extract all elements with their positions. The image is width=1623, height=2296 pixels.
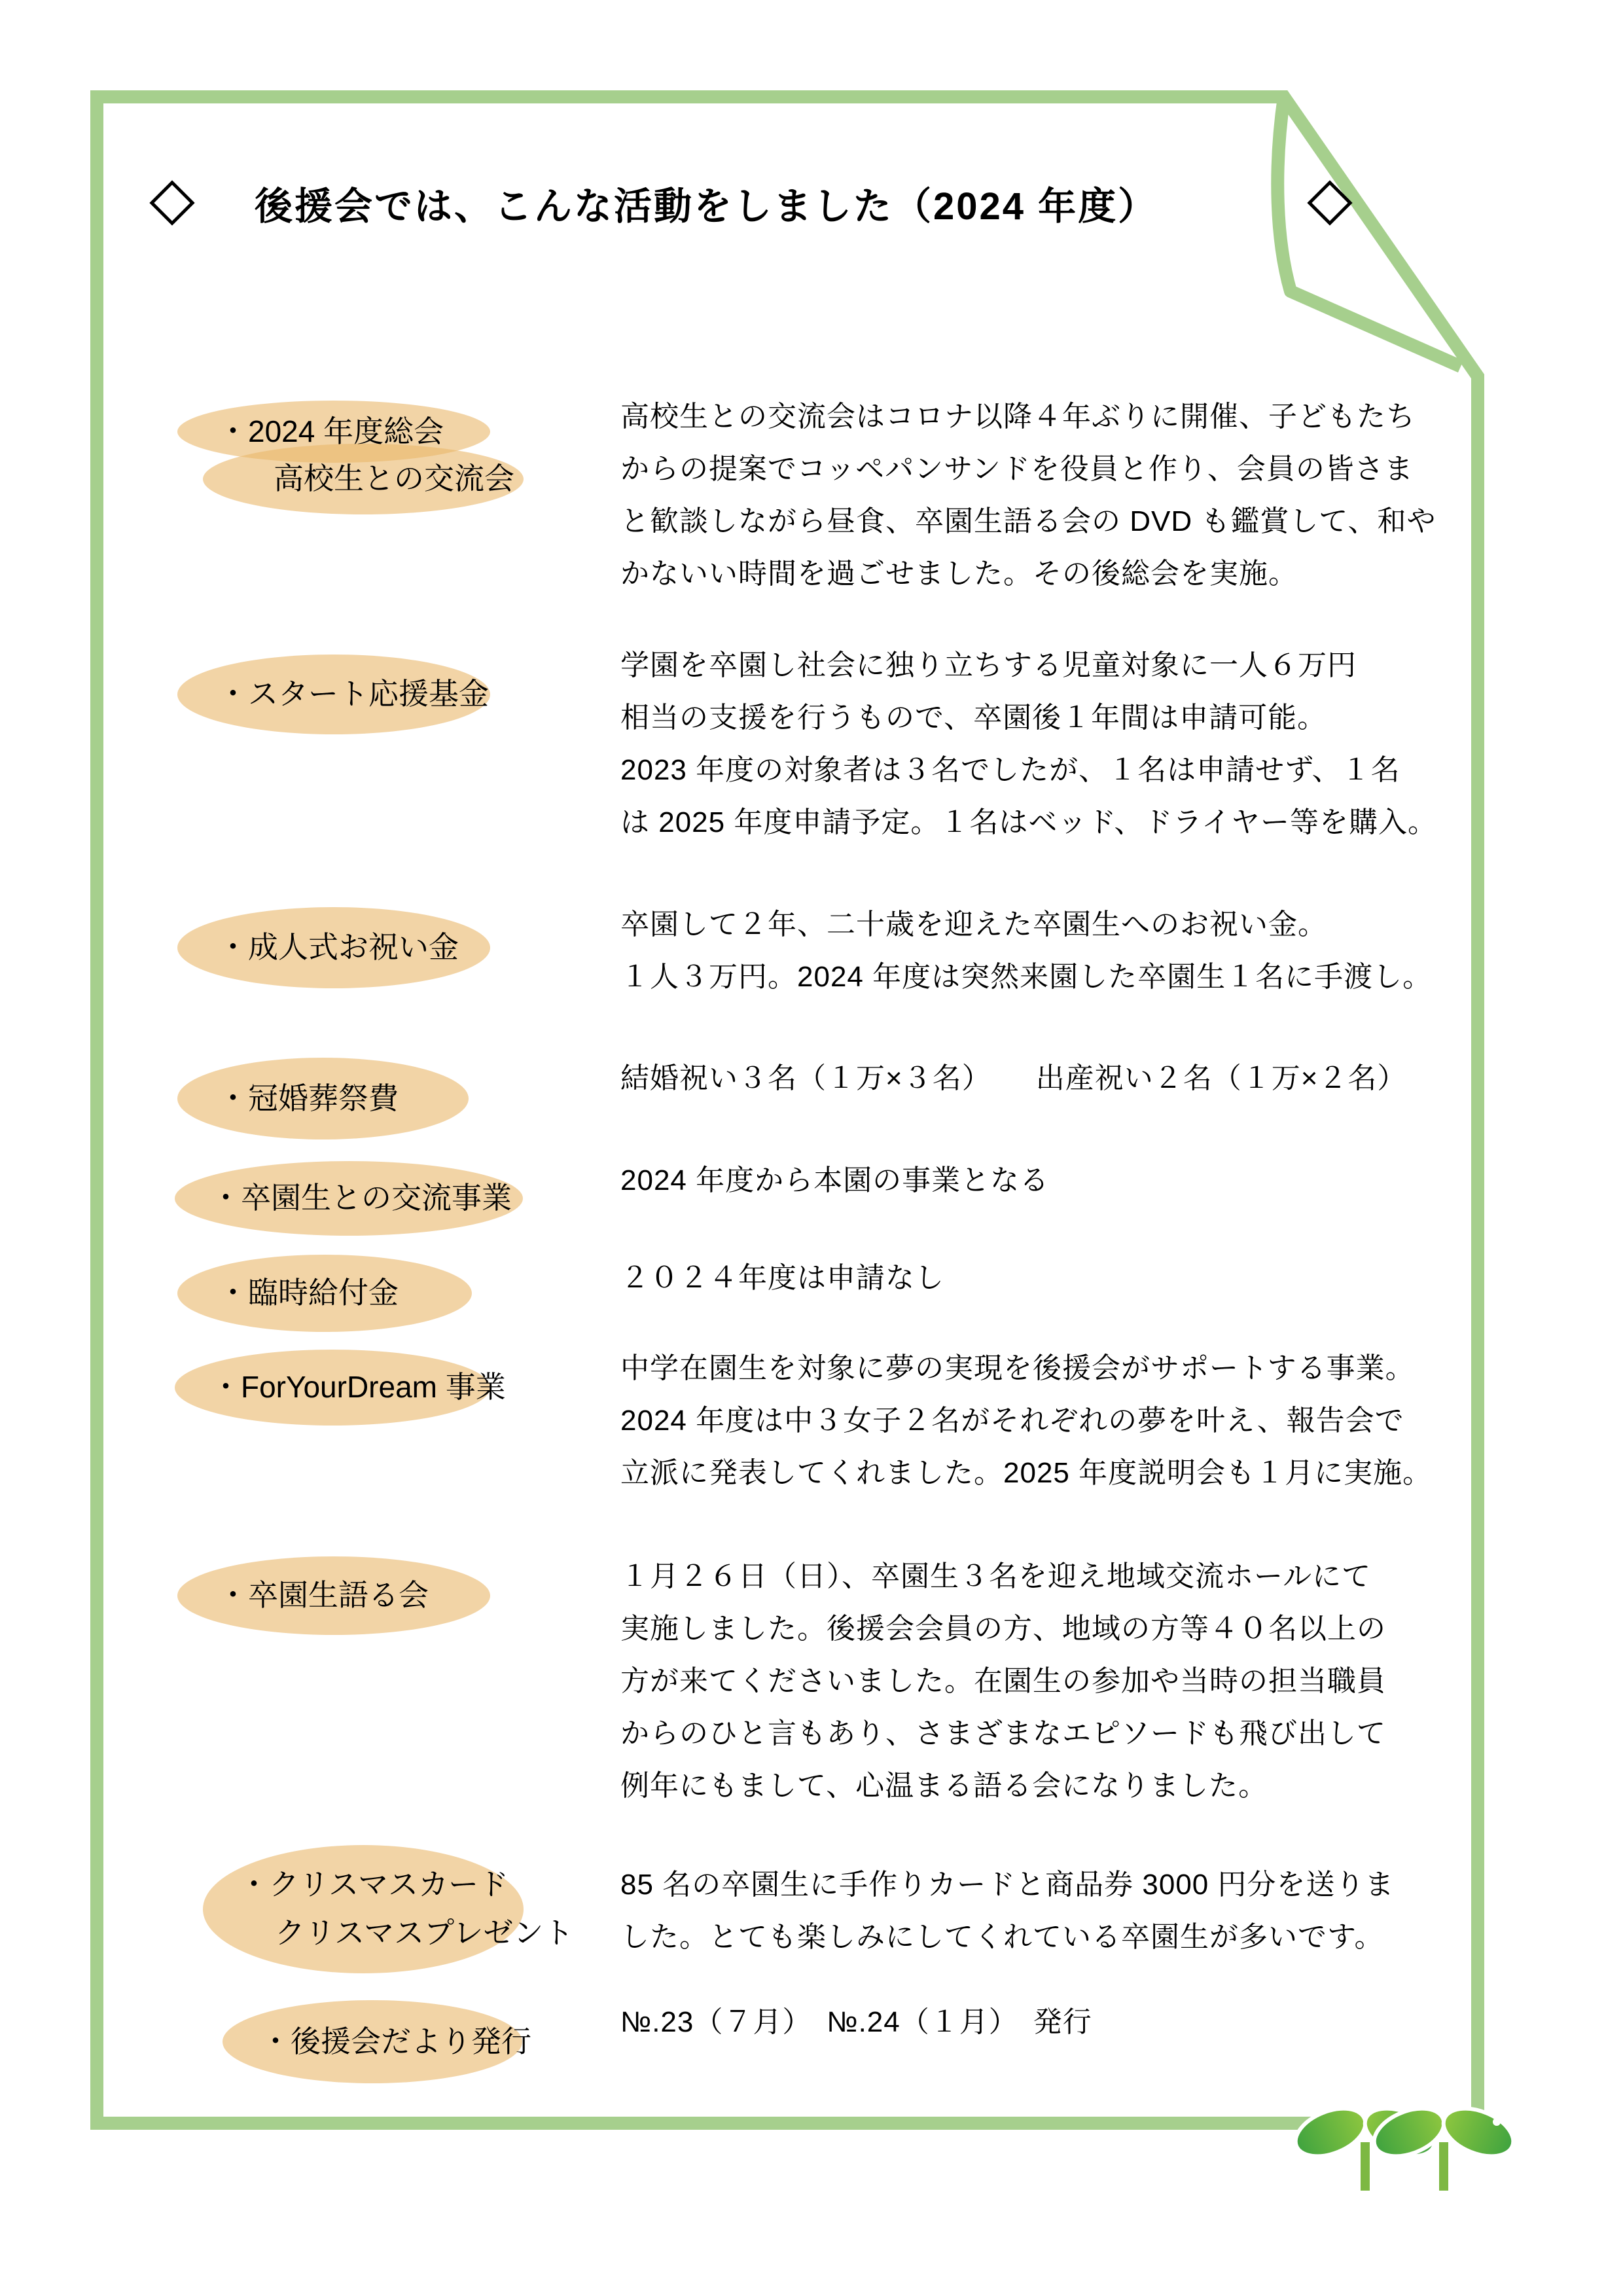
desc-ceremonial-expenses: 結婚祝い３名（１万×３名） 出産祝い２名（１万×２名） [620,1052,1484,1105]
label-text: 高校生との交流会 [274,455,524,503]
label-graduate-exchange-project: ・卒園生との交流事業 [175,1161,523,1236]
page-title: 後援会では、こんな活動をしました（2024 年度） [255,175,1158,230]
desc-graduates-talk-event: １月２６日（日）、卒園生３名を迎え地域交流ホールにて 実施しました。後援会会員の… [620,1551,1484,1812]
label-start-support-fund: ・スタート応援基金 [177,655,490,734]
label-coming-of-age-gift: ・成人式お祝い金 [177,907,490,988]
sprout-icons [1289,2099,1520,2193]
label-ceremonial-expenses: ・冠婚葬祭費 [177,1058,469,1139]
desc-newsletter-publication: №.23（７月） №.24（１月） 発行 [620,1996,1484,2049]
label-text: クリスマスプレゼント [239,1909,524,1958]
desc-christmas-card-present: 85 名の卒園生に手作りカードと商品券 3000 円分を送りま した。とても楽し… [620,1859,1484,1964]
newsletter-page: 後援会では、こんな活動をしました（2024 年度） ・2024 年度総会 高校生… [0,0,1623,2296]
label-graduates-talk-event: ・卒園生語る会 [177,1556,490,1635]
desc-general-meeting: 高校生との交流会はコロナ以降４年ぶりに開催、子どもたち からの提案でコッペパンサ… [620,391,1484,600]
title-diamond-icon-left [152,183,192,223]
desc-foryourdream-project: 中学在園生を対象に夢の実現を後援会がサポートする事業。 2024 年度は中３女子… [620,1342,1484,1499]
label-highschool-exchange: 高校生との交流会 [203,444,524,514]
label-newsletter-publication: ・後援会だより発行 [223,2000,522,2083]
label-text: ・卒園生語る会 [218,1571,490,1620]
desc-graduate-exchange-project: 2024 年度から本園の事業となる [620,1155,1484,1207]
desc-start-support-fund: 学園を卒園し社会に独り立ちする児童対象に一人６万円 相当の支援を行うもので、卒園… [620,639,1484,849]
desc-emergency-benefit: ２０２４年度は申請なし [620,1252,1484,1304]
label-emergency-benefit: ・臨時給付金 [177,1255,472,1332]
label-text: ・冠婚葬祭費 [218,1075,469,1123]
label-text: ・臨時給付金 [218,1269,472,1318]
label-text: ・クリスマスカード [239,1861,524,1909]
label-text: ・卒園生との交流事業 [211,1174,523,1223]
desc-coming-of-age-gift: 卒園して２年、二十歳を迎えた卒園生へのお祝い金。 １人３万円。2024 年度は突… [620,899,1484,1003]
label-christmas-card-present: ・クリスマスカード クリスマスプレゼント [203,1845,524,1973]
label-text: ・成人式お祝い金 [218,924,490,972]
label-text: ・スタート応援基金 [218,670,490,719]
label-foryourdream-project: ・ForYourDream 事業 [175,1350,490,1426]
label-text: ・後援会だより発行 [260,2018,522,2066]
label-text: ・ForYourDream 事業 [211,1363,490,1412]
